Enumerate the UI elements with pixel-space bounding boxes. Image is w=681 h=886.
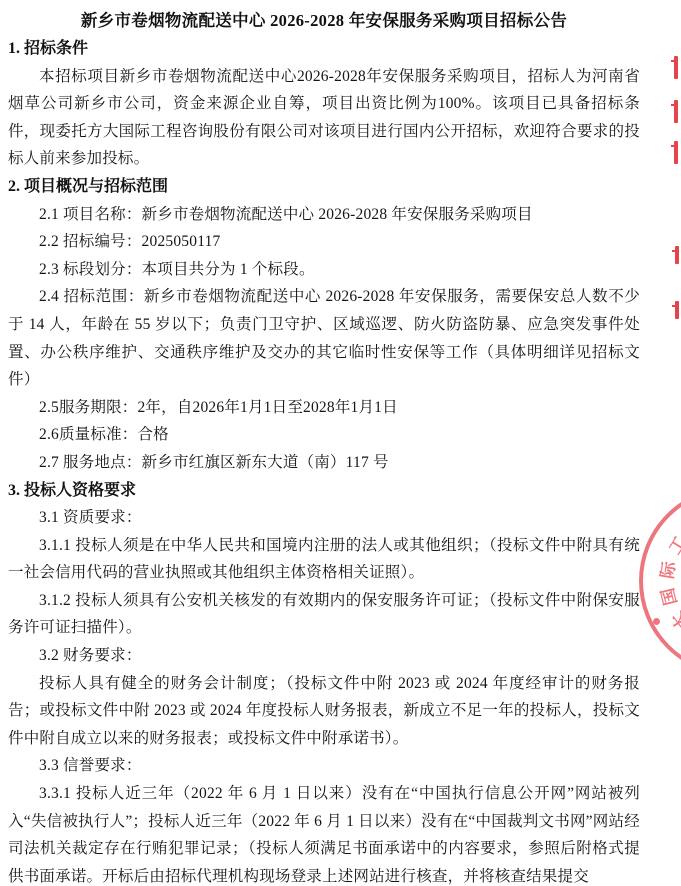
paragraph-financial-requirements: 3.2 财务要求： (8, 642, 640, 670)
section-heading-1: 1. 招标条件 (8, 35, 640, 63)
red-edge-mark-icon (675, 301, 679, 319)
page-title: 新乡市卷烟物流配送中心 2026-2028 年安保服务采购项目招标公告 (8, 6, 640, 35)
paragraph-qualification-3-1-1: 3.1.1 投标人须是在中华人民共和国境内注册的法人或其他组织；（投标文件中附具… (8, 532, 640, 587)
section-heading-3: 3. 投标人资格要求 (8, 477, 640, 505)
red-edge-mark-icon (674, 141, 678, 164)
red-edge-mark-icon (675, 246, 679, 264)
paragraph-qualification-3-1-2: 3.1.2 投标人须具有公安机关核发的有效期内的保安服务许可证；（投标文件中附保… (8, 587, 640, 642)
paragraph-tender-number: 2.2 招标编号：2025050117 (8, 228, 640, 256)
paragraph-service-period: 2.5服务期限：2年，自2026年1月1日至2028年1月1日 (8, 394, 640, 422)
paragraph-project-name: 2.1 项目名称：新乡市卷烟物流配送中心 2026-2028 年安保服务采购项目 (8, 201, 640, 229)
paragraph-credit-detail: 3.3.1 投标人近三年（2022 年 6 月 1 日以来）没有在“中国执行信息… (8, 780, 640, 886)
section-heading-2: 2. 项目概况与招标范围 (8, 173, 640, 201)
paragraph-credit-requirements: 3.3 信誉要求： (8, 752, 640, 780)
seal-character: 大 (670, 610, 681, 632)
red-edge-mark-icon (674, 56, 678, 79)
paragraph-qualification-requirements: 3.1 资质要求： (8, 504, 640, 532)
red-edge-mark-icon (674, 100, 678, 123)
seal-dot-icon (653, 618, 660, 625)
seal-character: 国 (660, 587, 679, 606)
document-page: 新乡市卷烟物流配送中心 2026-2028 年安保服务采购项目招标公告 1. 招… (0, 0, 681, 886)
paragraph-quality-standard: 2.6质量标准：合格 (8, 421, 640, 449)
seal-character: 际 (660, 562, 678, 580)
announcement-body: 新乡市卷烟物流配送中心 2026-2028 年安保服务采购项目招标公告 1. 招… (0, 0, 681, 886)
paragraph-tender-conditions: 本招标项目新乡市卷烟物流配送中心2026-2028年安保服务采购项目，招标人为河… (8, 63, 640, 173)
paragraph-financial-detail: 投标人具有健全的财务会计制度；（投标文件中附 2023 或 2024 年度经审计… (8, 670, 640, 753)
paragraph-lot-division: 2.3 标段划分：本项目共分为 1 个标段。 (8, 256, 640, 284)
paragraph-tender-scope: 2.4 招标范围：新乡市卷烟物流配送中心 2026-2028 年安保服务，需要保… (8, 283, 640, 393)
seal-character: 工 (667, 535, 681, 557)
paragraph-service-location: 2.7 服务地点：新乡市红旗区新东大道（南）117 号 (8, 449, 640, 477)
